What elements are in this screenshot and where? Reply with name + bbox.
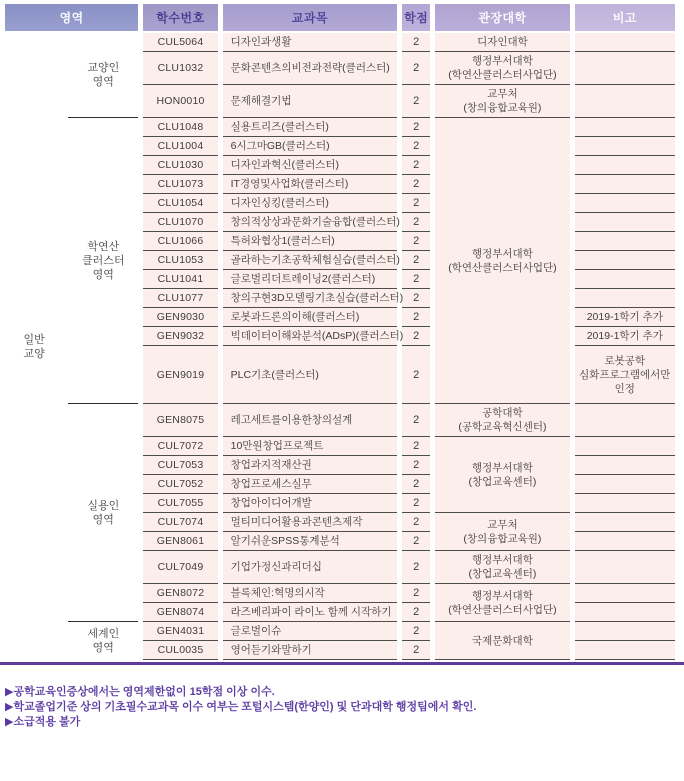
cell-text-line: 교무처: [438, 518, 566, 532]
managing-college-cell: 공학대학(공학교육혁신센터): [435, 404, 569, 437]
note-cell: [575, 251, 675, 270]
course-title-cell: 창의구현3D모델링기초실습(클러스터): [223, 289, 398, 308]
note-cell: [575, 52, 675, 85]
course-code-cell: CLU1066: [143, 232, 217, 251]
credits-cell: 2: [402, 33, 430, 52]
course-title-cell: 빅데이터이해와분석(ADsP)(클러스터): [223, 327, 398, 346]
area-group-general-education: 일반교양: [5, 33, 63, 660]
note-cell: 2019-1학기 추가: [575, 308, 675, 327]
footnote-line: ▶소급적용 불가: [5, 715, 684, 730]
note-cell: [575, 232, 675, 251]
header-row: 영역 학수번호 교과목 학점 관장대학 비고: [5, 4, 675, 33]
managing-college-cell: 국제문화대학: [435, 622, 569, 660]
course-title-cell: 문화콘텐츠의비전과전략(클러스터): [223, 52, 398, 85]
subarea-label: 세계인영역: [68, 622, 138, 660]
note-cell: 로봇공학심화프로그램에서만인정: [575, 346, 675, 404]
managing-college-cell: 행정부서대학(학연산클러스터사업단): [435, 52, 569, 85]
note-cell: [575, 137, 675, 156]
course-title-cell: 라즈베리파이 라이노 함께 시작하기: [223, 603, 398, 622]
cell-text-line: 영역: [71, 268, 135, 282]
course-code-cell: CLU1077: [143, 289, 217, 308]
course-title-cell: 문제해결기법: [223, 85, 398, 118]
credits-cell: 2: [402, 494, 430, 513]
table-body: 일반교양교양인영역CUL5064디자인과생활2디자인대학CLU1032문화콘텐츠…: [5, 33, 675, 660]
cell-text-line: 교무처: [438, 87, 566, 101]
credits-cell: 2: [402, 156, 430, 175]
course-code-cell: CUL7074: [143, 513, 217, 532]
credits-cell: 2: [402, 194, 430, 213]
note-cell: [575, 118, 675, 137]
course-code-cell: GEN8075: [143, 404, 217, 437]
note-cell: [575, 289, 675, 308]
note-cell: [575, 641, 675, 660]
course-code-cell: CUL7053: [143, 456, 217, 475]
cell-text-line: 행정부서대학: [438, 461, 566, 475]
note-cell: [575, 85, 675, 118]
course-title-cell: 글로벌이슈: [223, 622, 398, 641]
course-title-cell: 특허와협상1(클러스터): [223, 232, 398, 251]
header-managing-college: 관장대학: [435, 4, 569, 33]
table-header: 영역 학수번호 교과목 학점 관장대학 비고: [5, 4, 675, 33]
credits-cell: 2: [402, 52, 430, 85]
course-code-cell: CLU1041: [143, 270, 217, 289]
course-table-page: { "header": { "area": "영역", "code": "학수번…: [0, 0, 684, 781]
credits-cell: 2: [402, 532, 430, 551]
course-row: 일반교양교양인영역CUL5064디자인과생활2디자인대학: [5, 33, 675, 52]
credits-cell: 2: [402, 456, 430, 475]
cell-text-line: 학연산: [71, 240, 135, 254]
course-code-cell: GEN9030: [143, 308, 217, 327]
note-cell: [575, 584, 675, 603]
course-title-cell: 디자인싱킹(클러스터): [223, 194, 398, 213]
course-title-cell: PLC기초(클러스터): [223, 346, 398, 404]
course-code-cell: GEN4031: [143, 622, 217, 641]
course-row: 학연산클러스터영역CLU1048실용트리즈(클러스터)2행정부서대학(학연산클러…: [5, 118, 675, 137]
divider-rule: [0, 662, 684, 665]
cell-text-line: 행정부서대학: [438, 553, 566, 567]
course-title-cell: 6시그마GB(클러스터): [223, 137, 398, 156]
managing-college-cell: 행정부서대학(창업교육센터): [435, 551, 569, 584]
subarea-label: 교양인영역: [68, 33, 138, 118]
course-code-cell: CUL7055: [143, 494, 217, 513]
header-course-code: 학수번호: [143, 4, 217, 33]
credits-cell: 2: [402, 327, 430, 346]
managing-college-cell: 행정부서대학(창업교육센터): [435, 437, 569, 513]
cell-text-line: 인정: [578, 382, 672, 396]
cell-text-line: (창의융합교육원): [438, 532, 566, 546]
managing-college-cell: 행정부서대학(학연산클러스터사업단): [435, 584, 569, 622]
course-title-cell: 디자인과생활: [223, 33, 398, 52]
subarea-label: 실용인영역: [68, 404, 138, 622]
course-row: 세계인영역GEN4031글로벌이슈2국제문화대학: [5, 622, 675, 641]
course-code-cell: CLU1032: [143, 52, 217, 85]
cell-text-line: 교양인: [71, 61, 135, 75]
course-code-cell: CUL7052: [143, 475, 217, 494]
note-cell: [575, 456, 675, 475]
course-title-cell: 레고세트를이용한창의설계: [223, 404, 398, 437]
cell-text-line: 세계인: [71, 627, 135, 641]
managing-college-cell: 디자인대학: [435, 33, 569, 52]
note-cell: [575, 270, 675, 289]
cell-text-line: (창업교육센터): [438, 567, 566, 581]
cell-text-line: 클러스터: [71, 254, 135, 268]
course-code-cell: CLU1048: [143, 118, 217, 137]
course-title-cell: 기업가정신과리더십: [223, 551, 398, 584]
course-title-cell: 로봇과드론의이해(클러스터): [223, 308, 398, 327]
header-credits: 학점: [402, 4, 430, 33]
note-cell: [575, 213, 675, 232]
header-area: 영역: [5, 4, 138, 33]
cell-text-line: (공학교육혁신센터): [438, 420, 566, 434]
cell-text-line: 일반: [8, 333, 60, 347]
course-title-cell: 디자인과혁신(클러스터): [223, 156, 398, 175]
note-cell: [575, 513, 675, 532]
managing-college-cell: 행정부서대학(학연산클러스터사업단): [435, 118, 569, 404]
credits-cell: 2: [402, 622, 430, 641]
cell-text-line: 행정부서대학: [438, 247, 566, 261]
course-code-cell: GEN8074: [143, 603, 217, 622]
cell-text-line: 국제문화대학: [438, 634, 566, 648]
cell-text-line: (학연산클러스터사업단): [438, 603, 566, 617]
managing-college-cell: 교무처(창의융합교육원): [435, 85, 569, 118]
credits-cell: 2: [402, 85, 430, 118]
credits-cell: 2: [402, 175, 430, 194]
course-row: 실용인영역GEN8075레고세트를이용한창의설계2공학대학(공학교육혁신센터): [5, 404, 675, 437]
credits-cell: 2: [402, 251, 430, 270]
cell-text-line: 영역: [71, 513, 135, 527]
course-title-cell: IT경영및사업화(클러스터): [223, 175, 398, 194]
cell-text-line: 공학대학: [438, 406, 566, 420]
credits-cell: 2: [402, 118, 430, 137]
credits-cell: 2: [402, 475, 430, 494]
course-code-cell: CUL7072: [143, 437, 217, 456]
cell-text-line: 행정부서대학: [438, 589, 566, 603]
course-title-cell: 멀티미디어활용과콘텐츠제작: [223, 513, 398, 532]
header-course-title: 교과목: [223, 4, 398, 33]
credits-cell: 2: [402, 641, 430, 660]
cell-text-line: (학연산클러스터사업단): [438, 68, 566, 82]
note-cell: [575, 603, 675, 622]
course-code-cell: GEN8072: [143, 584, 217, 603]
footnote-line: ▶학교졸업기준 상의 기초필수교과목 이수 여부는 포털시스템(한양인) 및 단…: [5, 700, 684, 715]
cell-text-line: 실용인: [71, 499, 135, 513]
course-title-cell: 창업과지적재산권: [223, 456, 398, 475]
note-cell: [575, 437, 675, 456]
credits-cell: 2: [402, 437, 430, 456]
managing-college-cell: 교무처(창의융합교육원): [435, 513, 569, 551]
cell-text-line: 심화프로그램에서만: [578, 368, 672, 382]
note-cell: 2019-1학기 추가: [575, 327, 675, 346]
course-code-cell: GEN8061: [143, 532, 217, 551]
course-title-cell: 골라하는기초공학체험실습(클러스터): [223, 251, 398, 270]
cell-text-line: 2019-1학기 추가: [578, 310, 672, 324]
note-cell: [575, 622, 675, 641]
course-code-cell: CLU1053: [143, 251, 217, 270]
course-code-cell: CUL0035: [143, 641, 217, 660]
credits-cell: 2: [402, 513, 430, 532]
note-cell: [575, 194, 675, 213]
table-wrapper: 영역 학수번호 교과목 학점 관장대학 비고 일반교양교양인영역CUL5064디…: [0, 0, 684, 660]
course-code-cell: CLU1004: [143, 137, 217, 156]
course-code-cell: CLU1030: [143, 156, 217, 175]
cell-text-line: (창업교육센터): [438, 475, 566, 489]
credits-cell: 2: [402, 137, 430, 156]
credits-cell: 2: [402, 232, 430, 251]
credits-cell: 2: [402, 346, 430, 404]
cell-text-line: 영역: [71, 641, 135, 655]
note-cell: [575, 494, 675, 513]
footnotes: ▶공학교육인증상에서는 영역제한없이 15학점 이상 이수. ▶학교졸업기준 상…: [5, 685, 684, 730]
note-cell: [575, 156, 675, 175]
course-code-cell: CUL7049: [143, 551, 217, 584]
credits-cell: 2: [402, 603, 430, 622]
course-title-cell: 창업아이디어개발: [223, 494, 398, 513]
note-cell: [575, 551, 675, 584]
course-title-cell: 10만원창업프로젝트: [223, 437, 398, 456]
course-title-cell: 글로벌리더트레이닝2(클러스터): [223, 270, 398, 289]
course-title-cell: 창의적상상과문화기술융합(클러스터): [223, 213, 398, 232]
course-code-cell: CLU1054: [143, 194, 217, 213]
note-cell: [575, 175, 675, 194]
course-code-cell: GEN9019: [143, 346, 217, 404]
cell-text-line: (학연산클러스터사업단): [438, 261, 566, 275]
course-code-cell: HON0010: [143, 85, 217, 118]
course-title-cell: 알기쉬운SPSS통계분석: [223, 532, 398, 551]
course-title-cell: 실용트리즈(클러스터): [223, 118, 398, 137]
credits-cell: 2: [402, 289, 430, 308]
credits-cell: 2: [402, 270, 430, 289]
subarea-label: 학연산클러스터영역: [68, 118, 138, 404]
header-note: 비고: [575, 4, 675, 33]
credits-cell: 2: [402, 404, 430, 437]
note-cell: [575, 475, 675, 494]
credits-cell: 2: [402, 308, 430, 327]
cell-text-line: 2019-1학기 추가: [578, 329, 672, 343]
cell-text-line: 로봇공학: [578, 354, 672, 368]
note-cell: [575, 532, 675, 551]
cell-text-line: 행정부서대학: [438, 54, 566, 68]
course-code-cell: GEN9032: [143, 327, 217, 346]
cell-text-line: 교양: [8, 347, 60, 361]
credits-cell: 2: [402, 551, 430, 584]
footnote-line: ▶공학교육인증상에서는 영역제한없이 15학점 이상 이수.: [5, 685, 684, 700]
credits-cell: 2: [402, 584, 430, 603]
general-education-course-table: 영역 학수번호 교과목 학점 관장대학 비고 일반교양교양인영역CUL5064디…: [0, 4, 680, 660]
course-title-cell: 창업프로세스실무: [223, 475, 398, 494]
credits-cell: 2: [402, 213, 430, 232]
course-code-cell: CUL5064: [143, 33, 217, 52]
note-cell: [575, 404, 675, 437]
course-code-cell: CLU1070: [143, 213, 217, 232]
course-title-cell: 블록체인:혁명의시작: [223, 584, 398, 603]
course-title-cell: 영어듣기와말하기: [223, 641, 398, 660]
course-code-cell: CLU1073: [143, 175, 217, 194]
cell-text-line: 디자인대학: [438, 35, 566, 49]
cell-text-line: (창의융합교육원): [438, 101, 566, 115]
cell-text-line: 영역: [71, 75, 135, 89]
note-cell: [575, 33, 675, 52]
